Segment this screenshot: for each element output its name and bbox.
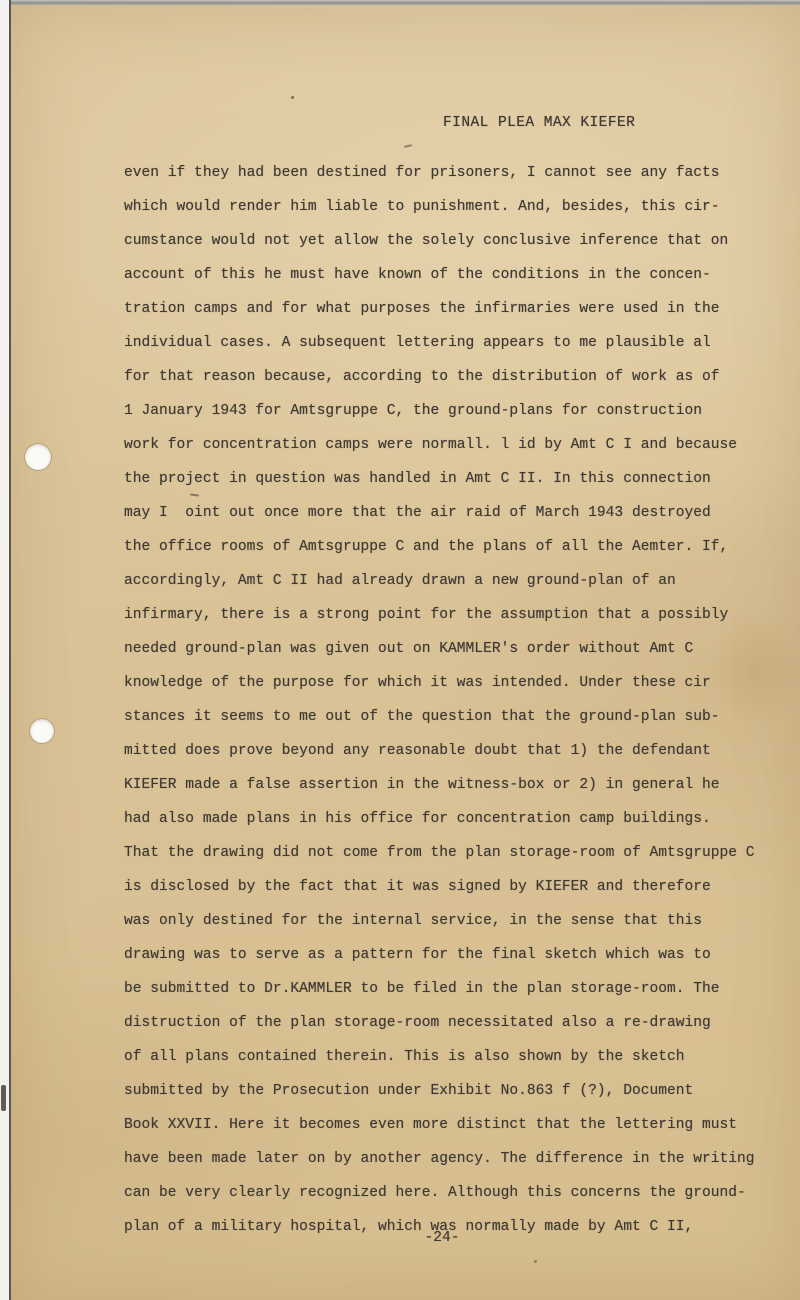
document-header: FINAL PLEA MAX KIEFER [443,115,635,131]
text-line: Book XXVII. Here it becomes even more di… [124,1108,784,1142]
text-line: cumstance would not yet allow the solely… [124,224,784,258]
text-line: KIEFER made a false assertion in the wit… [124,768,784,802]
text-line: had also made plans in his office for co… [124,802,784,836]
text-line: account of this he must have known of th… [124,258,784,292]
text-line: which would render him liable to punishm… [124,190,784,224]
hole-punch-top [25,444,51,470]
text-line: stances it seems to me out of the questi… [124,700,784,734]
text-line: can be very clearly recognized here. Alt… [124,1176,784,1210]
text-line: infirmary, there is a strong point for t… [124,598,784,632]
text-line: was only destined for the internal servi… [124,904,784,938]
text-line: That the drawing did not come from the p… [124,836,784,870]
page-number: -24- [124,1221,760,1255]
text-line: individual cases. A subsequent lettering… [124,326,784,360]
paper-speck [291,96,294,99]
text-line: work for concentration camps were normal… [124,428,784,462]
text-line: is disclosed by the fact that it was sig… [124,870,784,904]
scan-artifact-mark [1,1085,6,1111]
text-line: have been made later on by another agenc… [124,1142,784,1176]
text-line: the project in question was handled in A… [124,462,784,496]
text-line: mitted does prove beyond any reasonable … [124,734,784,768]
paper-speck [534,1260,537,1263]
text-line: needed ground-plan was given out on KAMM… [124,632,784,666]
scan-edge-top [0,0,800,5]
text-line: for that reason because, according to th… [124,360,784,394]
text-line: even if they had been destined for priso… [124,156,784,190]
text-line: accordingly, Amt C II had already drawn … [124,564,784,598]
text-line: may I oint out once more that the air ra… [124,496,784,530]
scanned-document-view: FINAL PLEA MAX KIEFER even if they had b… [0,0,800,1300]
text-line: knowledge of the purpose for which it wa… [124,666,784,700]
text-line: tration camps and for what purposes the … [124,292,784,326]
text-line: the office rooms of Amtsgruppe C and the… [124,530,784,564]
body-text: even if they had been destined for priso… [124,156,784,1244]
text-line: be submitted to Dr.KAMMLER to be filed i… [124,972,784,1006]
text-line: 1 January 1943 for Amtsgruppe C, the gro… [124,394,784,428]
text-line: of all plans contained therein. This is … [124,1040,784,1074]
text-line: distruction of the plan storage-room nec… [124,1006,784,1040]
text-line: submitted by the Prosecution under Exhib… [124,1074,784,1108]
text-line: drawing was to serve as a pattern for th… [124,938,784,972]
hole-punch-bottom [30,719,54,743]
